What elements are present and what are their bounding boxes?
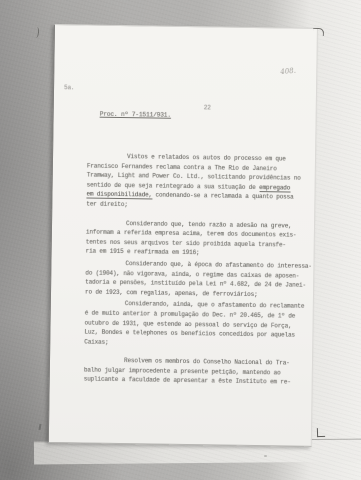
text-segment: condenando-se a reclamada a quanto possa xyxy=(152,192,294,201)
pen-stroke-mark xyxy=(33,27,39,38)
underlined-text-segment: empregado xyxy=(259,184,290,192)
underlined-text-segment: em disponibilidade, xyxy=(86,191,152,200)
document-page: 408. 5a. 22 Proc. nº 7-1511/931. Vistos … xyxy=(48,24,318,447)
scanned-document-photo: 408. 5a. 22 Proc. nº 7-1511/931. Vistos … xyxy=(0,0,361,480)
handwritten-folio-number: 408. xyxy=(280,67,296,76)
corner-pen-mark-bottom-right xyxy=(317,428,325,437)
dust-speck xyxy=(264,455,267,457)
paragraph-preamble: Vistos e relatados os autos do processo … xyxy=(86,152,311,213)
corner-pen-mark-top-right xyxy=(313,28,324,36)
paragraph-considerando-3: Considerando, ainda, que o afastamento d… xyxy=(84,299,309,350)
page-number: 22 xyxy=(204,104,211,111)
paragraph-considerando-2: Considerando que, à época do afastamento… xyxy=(85,258,310,300)
paragraph-considerando-1: Considerando que, tendo razão a adesão n… xyxy=(86,218,311,260)
case-number-heading: Proc. nº 7-1511/931. xyxy=(100,111,171,119)
edge-tick-mark xyxy=(38,424,41,430)
text-line: suplicante a faculdade de apresentar a ê… xyxy=(84,375,308,388)
paragraph-resolucao: Resolvem os membros do Conselho Nacional… xyxy=(84,356,308,388)
document-body: Vistos e relatados os autos do processo … xyxy=(84,152,311,388)
sheet-note: 5a. xyxy=(64,84,74,91)
